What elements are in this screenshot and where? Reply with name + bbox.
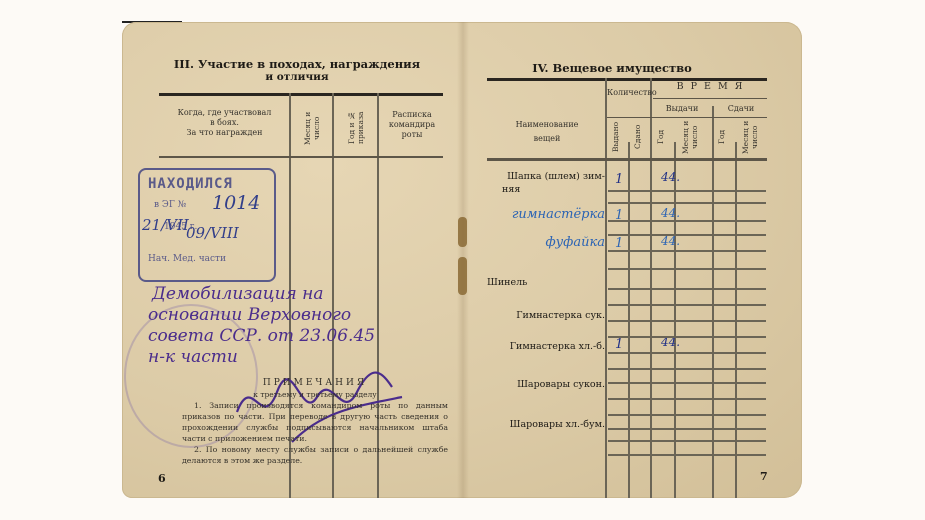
row-rule (608, 234, 766, 236)
row-rule (608, 202, 766, 204)
item-row-cotton-tunic: Гимнастерка хл.-б. (487, 340, 605, 353)
right-page: IV. Вещевое имущество Наименование вещей… (467, 22, 802, 498)
stamp-hospital-number: 1014 (212, 192, 260, 214)
col-header-return-year: Год (717, 122, 726, 152)
issue-year: 44. (661, 234, 680, 248)
military-id-booklet-spread: III. Участие в походах, награждения и от… (122, 22, 802, 498)
row-rule (608, 440, 766, 442)
item-row-cotton-trousers: Шаровары хл.-бум. (487, 418, 605, 431)
item-row-wool-trousers: Шаровары сукон. (487, 378, 605, 391)
col-header-receipt: Расписка командира роты (380, 110, 444, 140)
issued-qty: 1 (615, 337, 623, 352)
stamp-title: НАХОДИЛСЯ (148, 176, 233, 192)
issue-year: 44. (661, 170, 680, 184)
item-row-wool-tunic: Гимнастерка сук. (487, 309, 605, 322)
header-line: Когда, где участвовал (162, 108, 287, 118)
header-line: в боях. (162, 118, 287, 128)
item-row-tunic-handwritten: гимнастёрка (487, 208, 605, 221)
note-item-1: 1. Записи производятся командиром роты п… (182, 400, 448, 444)
row-rule (608, 414, 766, 416)
header-bottom-rule (487, 158, 767, 161)
section-4-title: IV. Вещевое имущество (507, 61, 717, 75)
col-header-time: В Р Е М Я (653, 82, 768, 92)
note-item-2: 2. По новому месту службы записи о дальн… (182, 444, 448, 466)
section-3-title: III. Участие в походах, награждения и от… (142, 57, 452, 83)
table-top-rule (159, 93, 443, 96)
row-rule (608, 288, 766, 290)
notes-heading: ПРИМЕЧАНИЯ (182, 378, 448, 389)
rule (653, 98, 767, 99)
stamp-signer: Нач. Мед. части (148, 254, 226, 264)
item-row-padded-jacket-handwritten: фуфайка (487, 236, 605, 249)
col-header-month-day: Месяц и число (303, 102, 321, 154)
item-row-greatcoat: Шинель (487, 276, 605, 289)
row-rule (608, 336, 766, 338)
stamp-hospital-label: в ЭГ № (154, 200, 186, 210)
row-rule (608, 190, 766, 192)
row-rule (608, 220, 766, 222)
col-header-return: Сдачи (715, 104, 767, 114)
note-line: основании Верховного (148, 305, 458, 326)
col-header-item-name: Наименование вещей (492, 118, 602, 146)
col-header-issued-qty: Выдано (611, 122, 620, 152)
page-number-right: 7 (760, 470, 768, 483)
row-rule (608, 268, 766, 270)
col-header-quantity: Количество (607, 88, 649, 98)
col-header-issue-year: Год (656, 122, 665, 152)
column-divider (605, 78, 607, 498)
row-rule (608, 304, 766, 306)
header-line: роты (380, 130, 444, 140)
note-line: Демобилизация на (148, 284, 458, 305)
issue-year: 44. (661, 206, 680, 220)
left-page: III. Участие в походах, награждения и от… (122, 22, 462, 498)
row-rule (608, 454, 766, 456)
hospital-stamp: НАХОДИЛСЯ в ЭГ № 1945 г. Нач. Мед. части… (138, 168, 276, 282)
note-line: совета ССР. от 23.06.45 (148, 326, 458, 347)
col-header-issue-month-day: Месяц и число (681, 120, 699, 154)
issued-qty: 1 (615, 172, 623, 187)
header-bottom-rule (159, 156, 443, 158)
notes-block: ПРИМЕЧАНИЯ к третьему и третьему разделу… (182, 378, 448, 466)
stamp-date-from: 21/VII (142, 216, 189, 234)
col-header-return-month-day: Месяц и число (741, 120, 759, 154)
section-3-title-line1: III. Участие в походах, награждения (142, 57, 452, 71)
col-header-year-order: Год и № приказа (347, 102, 365, 154)
header-line: вещей (492, 132, 602, 146)
stamp-date-to: 09/VIII (186, 224, 239, 242)
row-rule (608, 398, 766, 400)
row-rule (608, 320, 766, 322)
item-row-winter-hat: Шапка (шлем) зим- няя (487, 170, 605, 196)
section-3-title-line2: и отличия (142, 71, 452, 83)
item-name: Шапка (шлем) зим- (487, 170, 605, 183)
rule (607, 117, 767, 118)
row-rule (608, 382, 766, 384)
col-header-when-where: Когда, где участвовал в боях. За что наг… (162, 108, 287, 138)
issued-qty: 1 (615, 236, 623, 251)
header-line: командира (380, 120, 444, 130)
col-header-returned-qty: Сдано (633, 122, 642, 152)
header-line: Расписка (380, 110, 444, 120)
page-number-left: 6 (158, 472, 166, 485)
col-header-issue: Выдачи (653, 104, 711, 114)
header-line: За что награжден (162, 128, 287, 138)
header-line: Наименование (492, 118, 602, 132)
item-name-cont: няя (487, 183, 605, 196)
row-rule (608, 368, 766, 370)
notes-subheading: к третьему и третьему разделу (182, 389, 448, 400)
row-rule (608, 428, 766, 430)
row-rule (608, 352, 766, 354)
row-rule (608, 250, 766, 252)
